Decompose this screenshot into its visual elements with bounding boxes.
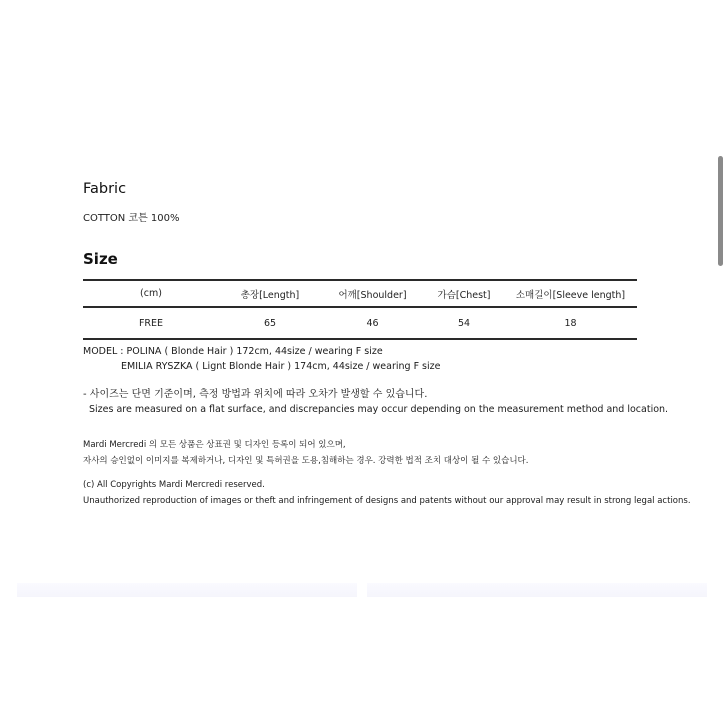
table-header-row: (cm) 총장[Length] 어깨[Shoulder] 가슴[Chest] 소…	[83, 281, 637, 306]
measurement-note: - 사이즈는 단면 기준이며, 측정 방법과 위치에 따라 오차가 발생할 수 …	[83, 387, 668, 417]
size-table: (cm) 총장[Length] 어깨[Shoulder] 가슴[Chest] 소…	[83, 279, 637, 340]
table-bottom-rule	[83, 338, 637, 340]
vertical-scrollbar[interactable]	[714, 150, 726, 270]
legal-line-2: 자사의 승인없이 이미지를 복제하거나, 디자인 및 특허권을 도용,침해하는 …	[83, 453, 528, 469]
product-image-left	[17, 583, 357, 597]
copyright-line-2: Unauthorized reproduction of images or t…	[83, 493, 691, 509]
legal-notice-korean: Mardi Mercredi 의 모든 상품은 상표권 및 디자인 등록이 되어…	[83, 437, 528, 469]
model-line-1: MODEL : POLINA ( Blonde Hair ) 172cm, 44…	[83, 344, 440, 359]
model-info: MODEL : POLINA ( Blonde Hair ) 172cm, 44…	[83, 344, 440, 374]
measurement-note-korean: - 사이즈는 단면 기준이며, 측정 방법과 위치에 따라 오차가 발생할 수 …	[83, 387, 668, 402]
scrollbar-thumb[interactable]	[718, 156, 723, 266]
size-heading: Size	[83, 250, 118, 268]
product-image-right	[367, 583, 707, 597]
fabric-composition: COTTON 코튼 100%	[83, 209, 180, 224]
measurement-note-english: Sizes are measured on a flat surface, an…	[83, 402, 668, 417]
table-row: FREE 65 46 54 18	[83, 308, 637, 338]
fabric-heading: Fabric	[83, 181, 126, 197]
cell-sleeve-length: 18	[504, 318, 637, 329]
header-unit: (cm)	[83, 288, 219, 299]
cell-shoulder: 46	[321, 318, 424, 329]
header-chest: 가슴[Chest]	[424, 287, 504, 301]
copyright-notice: (c) All Copyrights Mardi Mercredi reserv…	[83, 477, 691, 509]
cell-size: FREE	[83, 318, 219, 329]
cell-chest: 54	[424, 318, 504, 329]
copyright-line-1: (c) All Copyrights Mardi Mercredi reserv…	[83, 477, 691, 493]
model-line-2: EMILIA RYSZKA ( Lignt Blonde Hair ) 174c…	[83, 359, 440, 374]
header-shoulder: 어깨[Shoulder]	[321, 287, 424, 301]
cell-length: 65	[219, 318, 321, 329]
header-sleeve-length: 소매길이[Sleeve length]	[504, 287, 637, 301]
legal-line-1: Mardi Mercredi 의 모든 상품은 상표권 및 디자인 등록이 되어…	[83, 437, 528, 453]
header-length: 총장[Length]	[219, 287, 321, 301]
